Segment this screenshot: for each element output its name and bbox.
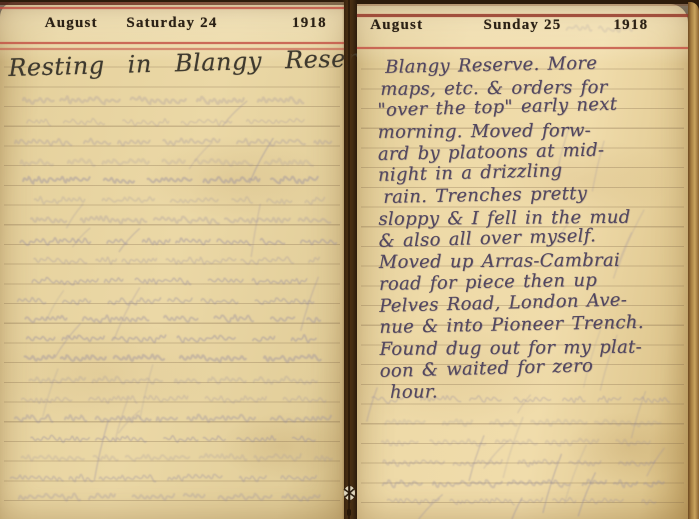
diary-entry: Blangy Reserve. More maps, etc. & orders…: [369, 54, 689, 404]
year-label: 1918: [292, 15, 327, 32]
binding-stitch: [343, 484, 356, 504]
left-page: August Saturday 24 1918 Resting in Blang…: [0, 2, 344, 519]
ruled-lines: [4, 48, 340, 519]
red-rule-line: [0, 42, 344, 44]
page-top-edge: [357, 4, 688, 6]
year-label: 1918: [613, 17, 648, 34]
entry-line: nue & into Pioneer Trench.: [379, 311, 688, 339]
page-top-edge: [0, 2, 344, 5]
entry-line: rain. Trenches pretty: [383, 181, 687, 209]
entry-line: Blangy Reserve. More: [385, 51, 686, 78]
red-rule-line: [0, 7, 344, 9]
page-header: August Saturday 24 1918: [0, 15, 344, 41]
binding-mark: [347, 509, 351, 516]
diary-photo: August Saturday 24 1918 Resting in Blang…: [0, 0, 699, 519]
right-page: August Sunday 25 1918 Blangy Reserve. Mo…: [357, 4, 688, 519]
entry-line: hour.: [390, 380, 689, 404]
red-rule-line: [357, 47, 688, 49]
page-fore-edge: [688, 2, 699, 519]
binding-gutter: [342, 0, 357, 519]
page-header: August Sunday 25 1918: [357, 17, 688, 43]
